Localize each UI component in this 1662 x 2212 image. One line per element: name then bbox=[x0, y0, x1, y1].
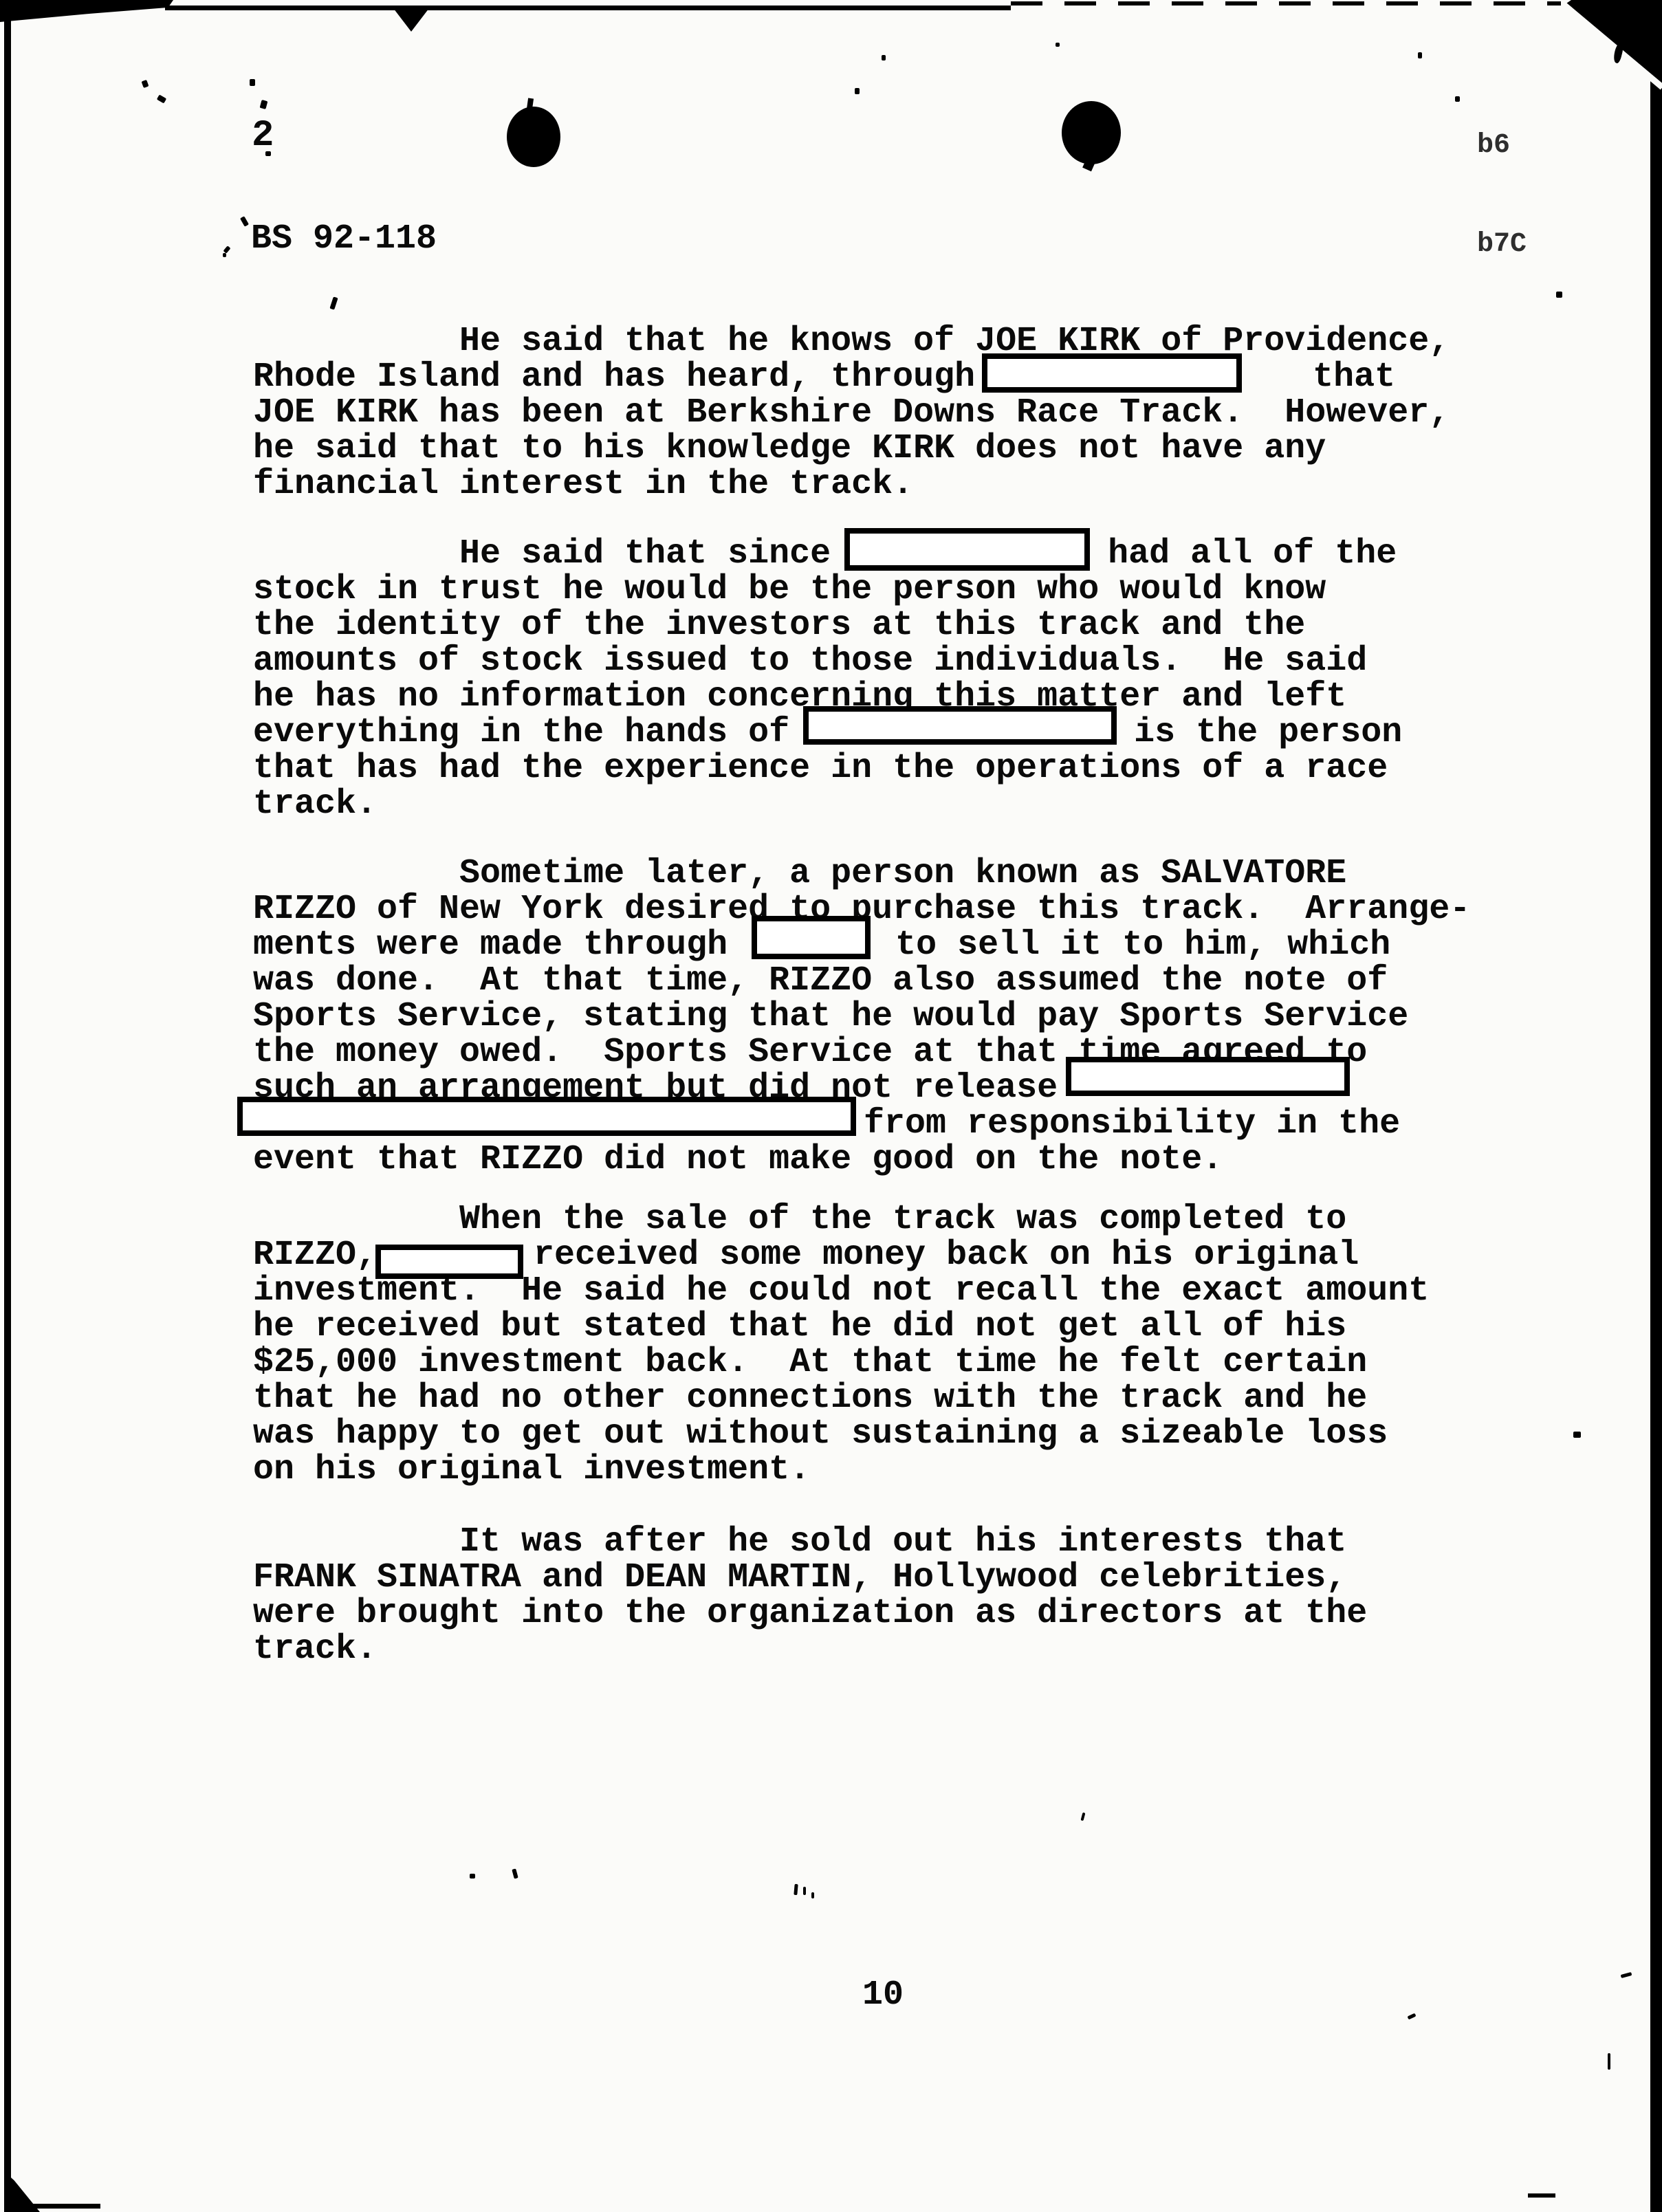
text-run: He said that since bbox=[253, 534, 831, 573]
redaction-box bbox=[844, 528, 1090, 571]
text-line: stock in trust he would be the person wh… bbox=[253, 572, 1402, 608]
text-line: everything in the hands ofis the person bbox=[253, 715, 1402, 751]
text-run: was happy to get out without sustaining … bbox=[253, 1414, 1388, 1454]
text-run: that has had the experience in the opera… bbox=[253, 749, 1388, 788]
ink-speck bbox=[811, 1892, 814, 1898]
text-run: Sports Service, stating that he would pa… bbox=[253, 997, 1408, 1036]
scanned-fbi-document-page: { "header": { "page_number": "2", "case_… bbox=[0, 0, 1662, 2212]
ink-speck bbox=[512, 1868, 518, 1879]
exemption-code-b6: b6 bbox=[1477, 129, 1527, 162]
paragraph: Sometime later, a person known as SALVAT… bbox=[253, 856, 1470, 1178]
scan-edge-bottom-left-blob bbox=[4, 2171, 40, 2212]
case-number: BS 92-118 bbox=[251, 219, 437, 260]
ink-speck bbox=[803, 1887, 806, 1895]
text-run: he said that to his knowledge KIRK does … bbox=[253, 429, 1326, 468]
redaction-box bbox=[1066, 1057, 1350, 1096]
ink-speck bbox=[260, 100, 268, 109]
redaction-box bbox=[375, 1245, 523, 1279]
text-run: that bbox=[1313, 358, 1395, 397]
text-run: that he had no other connections with th… bbox=[253, 1379, 1367, 1418]
ink-speck bbox=[794, 1884, 798, 1895]
scan-edge-top-notch bbox=[393, 8, 429, 32]
text-line: Sometime later, a person known as SALVAT… bbox=[253, 856, 1470, 892]
scan-edge-bottom-dash bbox=[1528, 2193, 1555, 2198]
text-line: Sports Service, stating that he would pa… bbox=[253, 999, 1470, 1035]
scan-edge-right bbox=[1650, 72, 1662, 2212]
text-run: is the person bbox=[1134, 713, 1402, 752]
text-run: received some money back on his original bbox=[534, 1236, 1359, 1275]
text-run: track. bbox=[253, 785, 377, 824]
ink-blot-right bbox=[1062, 101, 1121, 164]
text-line: was done. At that time, RIZZO also assum… bbox=[253, 963, 1470, 999]
text-run: Sometime later, a person known as SALVAT… bbox=[253, 854, 1346, 893]
ink-speck bbox=[157, 95, 166, 104]
ink-speck bbox=[1081, 1813, 1086, 1821]
text-run: on his original investment. bbox=[253, 1450, 810, 1489]
text-line: He said that he knows of JOE KIRK of Pro… bbox=[253, 324, 1450, 360]
ink-speck bbox=[1455, 96, 1460, 102]
scan-edge-top-dashes bbox=[1011, 1, 1561, 6]
page-number-top: 2 bbox=[252, 116, 274, 157]
ink-speck bbox=[265, 151, 271, 156]
redaction-box bbox=[752, 916, 871, 959]
text-line: that he had no other connections with th… bbox=[253, 1381, 1429, 1416]
text-line: track. bbox=[253, 787, 1402, 822]
text-run: Rhode Island and has heard, through bbox=[253, 358, 975, 397]
text-run: was done. At that time, RIZZO also assum… bbox=[253, 961, 1388, 1000]
paragraph: He said that sincehad all of thestock in… bbox=[253, 536, 1402, 822]
ink-speck bbox=[329, 296, 338, 309]
text-line: Rhode Island and has heard, throughthat bbox=[253, 360, 1450, 395]
text-line: FRANK SINATRA and DEAN MARTIN, Hollywood… bbox=[253, 1560, 1367, 1596]
text-run: It was after he sold out his interests t… bbox=[253, 1522, 1346, 1562]
text-run: financial interest in the track. bbox=[253, 465, 913, 504]
paragraph: He said that he knows of JOE KIRK of Pro… bbox=[253, 324, 1450, 503]
text-run: JOE KIRK has been at Berkshire Downs Rac… bbox=[253, 393, 1450, 432]
exemption-code-b7c: b7C bbox=[1477, 228, 1527, 261]
redaction-box bbox=[237, 1097, 856, 1136]
text-line: He said that sincehad all of the bbox=[253, 536, 1402, 572]
ink-speck bbox=[1621, 1972, 1632, 1978]
text-line: were brought into the organization as di… bbox=[253, 1596, 1367, 1632]
text-run: FRANK SINATRA and DEAN MARTIN, Hollywood… bbox=[253, 1558, 1346, 1597]
text-run: he has no information concerning this ma… bbox=[253, 677, 1346, 716]
text-run: everything in the hands of bbox=[253, 713, 789, 752]
text-line: financial interest in the track. bbox=[253, 467, 1450, 503]
text-line: the identity of the investors at this tr… bbox=[253, 608, 1402, 644]
ink-speck bbox=[1418, 52, 1422, 58]
ink-blot-tail bbox=[1082, 160, 1095, 172]
text-line: When the sale of the track was completed… bbox=[253, 1202, 1429, 1238]
ink-speck bbox=[1556, 292, 1562, 298]
text-run: had all of the bbox=[1108, 534, 1397, 573]
text-run: event that RIZZO did not make good on th… bbox=[253, 1140, 1223, 1179]
text-line: ments were made throughto sell it to him… bbox=[253, 928, 1470, 963]
ink-speck bbox=[855, 88, 860, 94]
text-line: event that RIZZO did not make good on th… bbox=[253, 1142, 1470, 1178]
ink-speck bbox=[142, 80, 149, 88]
ink-speck bbox=[223, 253, 226, 257]
text-run: $25,000 investment back. At that time he… bbox=[253, 1343, 1367, 1382]
text-run: stock in trust he would be the person wh… bbox=[253, 570, 1326, 609]
text-run: RIZZO, bbox=[253, 1236, 377, 1275]
paragraph: When the sale of the track was completed… bbox=[253, 1202, 1429, 1488]
text-run: When the sale of the track was completed… bbox=[253, 1200, 1346, 1239]
text-run: he received but stated that he did not g… bbox=[253, 1307, 1346, 1346]
scan-edge-top-wedge bbox=[0, 0, 173, 22]
page-corner-fold bbox=[1562, 0, 1662, 85]
text-run: the identity of the investors at this tr… bbox=[253, 606, 1305, 645]
text-run: from responsibility in the bbox=[864, 1104, 1400, 1143]
paragraph: It was after he sold out his interests t… bbox=[253, 1524, 1367, 1667]
text-run: amounts of stock issued to those individ… bbox=[253, 642, 1367, 681]
text-line: RIZZO,received some money back on his or… bbox=[253, 1238, 1429, 1273]
page-number-bottom: 10 bbox=[862, 1975, 904, 2016]
ink-blot-spike bbox=[527, 98, 534, 110]
text-line: he received but stated that he did not g… bbox=[253, 1309, 1429, 1345]
text-line: track. bbox=[253, 1632, 1367, 1667]
foia-exemption-codes: b6 b7C bbox=[1477, 63, 1527, 294]
scan-edge-top-line bbox=[165, 6, 1011, 10]
scan-edge-left bbox=[4, 0, 11, 2212]
ink-speck bbox=[1056, 43, 1060, 47]
text-run: were brought into the organization as di… bbox=[253, 1594, 1367, 1633]
redaction-box bbox=[803, 706, 1117, 745]
text-line: he said that to his knowledge KIRK does … bbox=[253, 431, 1450, 467]
text-line: on his original investment. bbox=[253, 1452, 1429, 1488]
text-line: It was after he sold out his interests t… bbox=[253, 1524, 1367, 1560]
text-line: from responsibility in the bbox=[253, 1106, 1470, 1142]
text-line: was happy to get out without sustaining … bbox=[253, 1416, 1429, 1452]
redaction-box bbox=[982, 353, 1242, 393]
text-line: $25,000 investment back. At that time he… bbox=[253, 1345, 1429, 1381]
ink-speck bbox=[250, 79, 255, 86]
text-run: track. bbox=[253, 1630, 377, 1669]
text-run: to sell it to him, which bbox=[895, 926, 1390, 965]
text-run: ments were made through bbox=[253, 926, 728, 965]
ink-speck bbox=[1573, 1432, 1581, 1438]
ink-blot-left bbox=[507, 107, 560, 167]
ink-speck bbox=[240, 216, 249, 227]
text-line: that has had the experience in the opera… bbox=[253, 751, 1402, 787]
ink-speck bbox=[882, 55, 886, 61]
text-line: amounts of stock issued to those individ… bbox=[253, 644, 1402, 679]
ink-speck bbox=[1408, 2013, 1417, 2020]
ink-speck bbox=[470, 1874, 475, 1879]
text-run: He said that he knows of JOE KIRK of Pro… bbox=[253, 322, 1450, 361]
ink-speck bbox=[1608, 2053, 1610, 2070]
text-line: JOE KIRK has been at Berkshire Downs Rac… bbox=[253, 395, 1450, 431]
